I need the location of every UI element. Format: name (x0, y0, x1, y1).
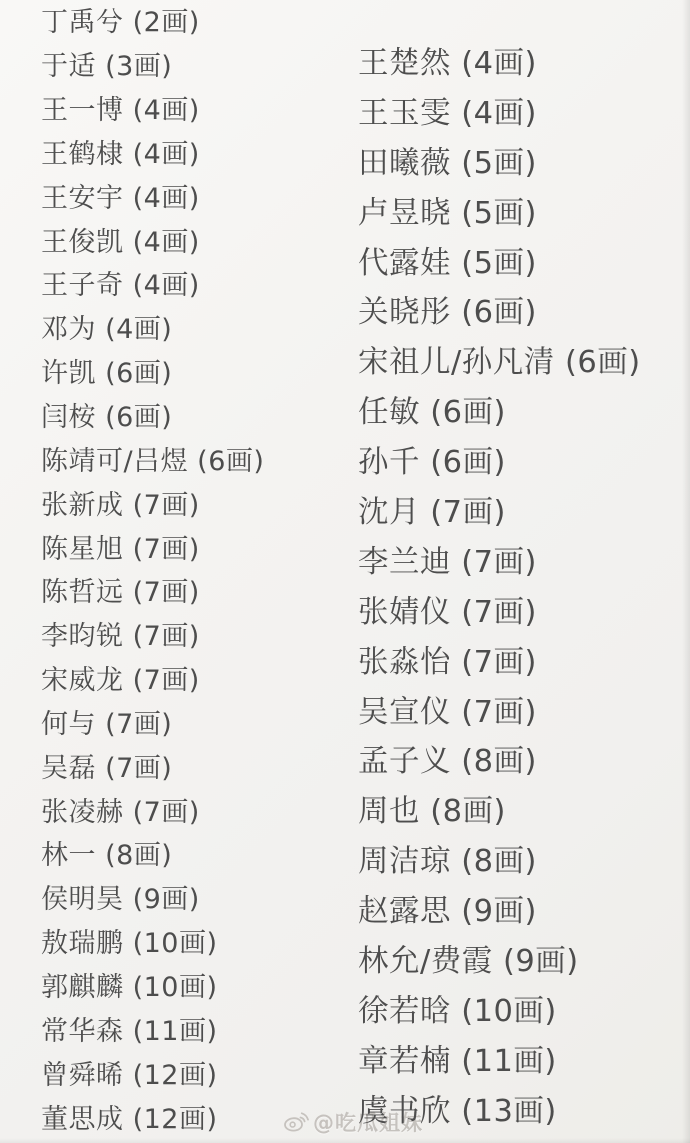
list-item: 郭麒麟 (10画) (41, 963, 264, 1007)
list-item: 陈靖可/吕煜 (6画) (41, 436, 264, 480)
left-column: 丁禹兮 (2画)于适 (3画)王一博 (4画)王鹤棣 (4画)王安宇 (4画)王… (41, 0, 264, 1138)
list-item: 孟子义 (8画) (358, 733, 641, 783)
list-item: 宋祖儿/孙凡清 (6画) (358, 334, 641, 384)
list-item: 虞书欣 (13画) (358, 1083, 641, 1133)
list-item: 宋威龙 (7画) (41, 656, 264, 700)
list-item: 张凌赫 (7画) (41, 787, 264, 831)
list-item: 吴宣仪 (7画) (358, 684, 641, 734)
list-item: 王俊凯 (4画) (41, 217, 264, 261)
list-item: 邓为 (4画) (41, 305, 264, 349)
weibo-icon (283, 1111, 309, 1133)
list-item: 王鹤棣 (4画) (41, 130, 264, 174)
list-item: 陈哲远 (7画) (41, 568, 264, 612)
list-item: 王一博 (4画) (41, 86, 264, 130)
list-item: 常华森 (11画) (41, 1006, 264, 1050)
list-item: 任敏 (6画) (358, 384, 641, 434)
image-canvas: @吃瓜姐妹 丁禹兮 (2画)于适 (3画)王一博 (4画)王鹤棣 (4画)王安宇… (0, 0, 690, 1143)
list-item: 张婧仪 (7画) (358, 584, 641, 634)
list-item: 王安宇 (4画) (41, 173, 264, 217)
list-item: 张新成 (7画) (41, 480, 264, 524)
list-item: 沈月 (7画) (358, 484, 641, 534)
list-item: 徐若晗 (10画) (358, 983, 641, 1033)
list-item: 关晓彤 (6画) (358, 284, 641, 334)
list-item: 代露娃 (5画) (358, 235, 641, 285)
list-item: 周也 (8画) (358, 783, 641, 833)
list-item: 孙千 (6画) (358, 434, 641, 484)
list-item: 田曦薇 (5画) (358, 135, 641, 185)
list-item: 何与 (7画) (41, 700, 264, 744)
list-item: 曾舜晞 (12画) (41, 1050, 264, 1094)
right-column: 王楚然 (4画)王玉雯 (4画)田曦薇 (5画)卢昱晓 (5画)代露娃 (5画)… (358, 35, 641, 1133)
list-item: 侯明昊 (9画) (41, 875, 264, 919)
list-item: 董思成 (12画) (41, 1094, 264, 1138)
list-item: 丁禹兮 (2画) (41, 0, 264, 42)
list-item: 赵露思 (9画) (358, 883, 641, 933)
list-item: 林一 (8画) (41, 831, 264, 875)
list-item: 周洁琼 (8画) (358, 833, 641, 883)
list-item: 陈星旭 (7画) (41, 524, 264, 568)
list-item: 吴磊 (7画) (41, 743, 264, 787)
list-item: 敖瑞鹏 (10画) (41, 919, 264, 963)
list-item: 于适 (3画) (41, 42, 264, 86)
list-item: 王楚然 (4画) (358, 35, 641, 85)
list-item: 李兰迪 (7画) (358, 534, 641, 584)
list-item: 林允/费霞 (9画) (358, 933, 641, 983)
list-item: 张淼怡 (7画) (358, 634, 641, 684)
list-item: 许凯 (6画) (41, 349, 264, 393)
list-item: 王玉雯 (4画) (358, 85, 641, 135)
list-item: 闫桉 (6画) (41, 393, 264, 437)
list-item: 章若楠 (11画) (358, 1033, 641, 1083)
list-item: 卢昱晓 (5画) (358, 185, 641, 235)
list-item: 李昀锐 (7画) (41, 612, 264, 656)
list-item: 王子奇 (4画) (41, 261, 264, 305)
